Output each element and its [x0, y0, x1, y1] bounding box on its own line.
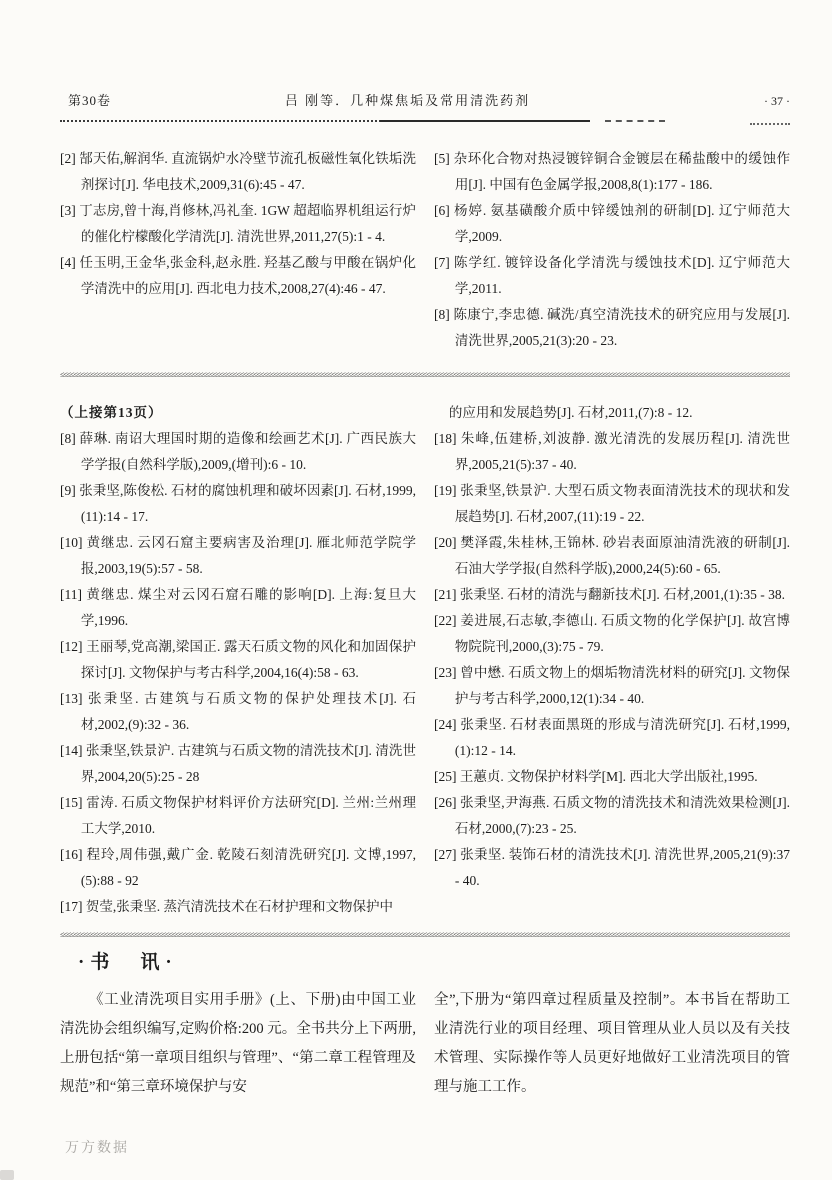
reference-item: [12] 王丽琴,党高潮,梁国正. 露天石质文物的风化和加固保护探讨[J]. 文… [60, 634, 416, 686]
top-references-section: [2] 郜天佑,解润华. 直流锅炉水冷壁节流孔板磁性氧化铁垢洗剂探讨[J]. 华… [60, 146, 790, 354]
reference-item: [6] 杨婷. 氨基磺酸介质中锌缓蚀剂的研制[D]. 辽宁师范大学,2009. [434, 198, 790, 250]
page-number: · 37 · [764, 88, 790, 114]
section-divider-top: ≤≤≤≤≤≤≤≤≤≤≤≤≤≤≤≤≤≤≤≤≤≤≤≤≤≤≤≤≤≤≤≤≤≤≤≤≤≤≤≤… [60, 370, 790, 382]
reference-item: [11] 黄继忠. 煤尘对云冈石窟石雕的影响[D]. 上海:复旦大学,1996. [60, 582, 416, 634]
book-news-left-text: 《工业清洗项目实用手册》(上、下册)由中国工业清洗协会组织编写,定购价格:200… [60, 986, 416, 1102]
reference-item: [8] 薛琳. 南诏大理国时期的造像和绘画艺术[J]. 广西民族大学学报(自然科… [60, 426, 416, 478]
scanned-page: 第30卷 吕 刚等．几种煤焦垢及常用清洗药剂 · 37 · [2] 郜天佑,解润… [0, 0, 832, 1180]
reference-item: [22] 姜进展,石志敏,李德山. 石质文物的化学保护[J]. 故宫博物院院刊,… [434, 608, 790, 660]
volume-label: 第30卷 [60, 88, 111, 114]
book-news-section: ·书 讯· 《工业清洗项目实用手册》(上、下册)由中国工业清洗协会组织编写,定购… [60, 950, 790, 1102]
reference-item: [3] 丁志房,曾十海,肖修林,冯礼奎. 1GW 超超临界机组运行炉的催化柠檬酸… [60, 198, 416, 250]
reference-item: [17] 贺莹,张秉坚. 蒸汽清洗技术在石材护理和文物保护中 [60, 894, 416, 920]
reference-item: [14] 张秉坚,铁景沪. 古建筑与石质文物的清洗技术[J]. 清洗世界,200… [60, 738, 416, 790]
header-rule-dots [750, 123, 790, 125]
header-rule [60, 116, 790, 126]
main-references-right-column: 的应用和发展趋势[J]. 石材,2011,(7):8 - 12.[18] 朱峰,… [434, 400, 790, 920]
reference-item: [19] 张秉坚,铁景沪. 大型石质文物表面清洗技术的现状和发展趋势[J]. 石… [434, 478, 790, 530]
reference-item: [18] 朱峰,伍建桥,刘波静. 激光清洗的发展历程[J]. 清洗世界,2005… [434, 426, 790, 478]
watermark: 万方数据 [65, 1136, 129, 1162]
reference-item: [25] 王蕙贞. 文物保护材料学[M]. 西北大学出版社,1995. [434, 764, 790, 790]
main-references-left-column: （上接第13页） [8] 薛琳. 南诏大理国时期的造像和绘画艺术[J]. 广西民… [60, 400, 416, 920]
top-references-left-column: [2] 郜天佑,解润华. 直流锅炉水冷壁节流孔板磁性氧化铁垢洗剂探讨[J]. 华… [60, 146, 416, 354]
main-references-left-list: [8] 薛琳. 南诏大理国时期的造像和绘画艺术[J]. 广西民族大学学报(自然科… [60, 426, 416, 920]
header-rule-dotted [60, 120, 400, 122]
reference-item: [23] 曾中懋. 石质文物上的烟垢物清洗材料的研究[J]. 文物保护与考古科学… [434, 660, 790, 712]
reference-item: [5] 杂环化合物对热浸镀锌铜合金镀层在稀盐酸中的缓蚀作用[J]. 中国有色金属… [434, 146, 790, 198]
reference-item: [26] 张秉坚,尹海燕. 石质文物的清洗技术和清洗效果检测[J]. 石材,20… [434, 790, 790, 842]
reference-item: [24] 张秉坚. 石材表面黑斑的形成与清洗研究[J]. 石材,1999,(1)… [434, 712, 790, 764]
running-title: 吕 刚等．几种煤焦垢及常用清洗药剂 [285, 88, 530, 114]
reference-item: [7] 陈学红. 镀锌设备化学清洗与缓蚀技术[D]. 辽宁师范大学,2011. [434, 250, 790, 302]
main-references-section: （上接第13页） [8] 薛琳. 南诏大理国时期的造像和绘画艺术[J]. 广西民… [60, 400, 790, 920]
reference-item: 的应用和发展趋势[J]. 石材,2011,(7):8 - 12. [434, 400, 790, 426]
reference-item: [10] 黄继忠. 云冈石窟主要病害及治理[J]. 雁北师范学院学报,2003,… [60, 530, 416, 582]
reference-item: [20] 樊泽霞,朱桂林,王锦林. 砂岩表面原油清洗液的研制[J]. 石油大学学… [434, 530, 790, 582]
book-news-columns: 《工业清洗项目实用手册》(上、下册)由中国工业清洗协会组织编写,定购价格:200… [60, 986, 790, 1102]
header-rule-dash [605, 120, 665, 122]
reference-item: [4] 任玉明,王金华,张金科,赵永胜. 羟基乙酸与甲酸在锅炉化学清洗中的应用[… [60, 250, 416, 302]
reference-item: [8] 陈康宁,李忠德. 碱洗/真空清洗技术的研究应用与发展[J]. 清洗世界,… [434, 302, 790, 354]
reference-item: [9] 张秉坚,陈俊松. 石材的腐蚀机理和破坏因素[J]. 石材,1999,(1… [60, 478, 416, 530]
section-divider-bottom: ≤≤≤≤≤≤≤≤≤≤≤≤≤≤≤≤≤≤≤≤≤≤≤≤≤≤≤≤≤≤≤≤≤≤≤≤≤≤≤≤… [60, 930, 790, 942]
reference-item: [27] 张秉坚. 装饰石材的清洗技术[J]. 清洗世界,2005,21(9):… [434, 842, 790, 894]
continuation-note: （上接第13页） [60, 400, 416, 426]
reference-item: [21] 张秉坚. 石材的清洗与翻新技术[J]. 石材,2001,(1):35 … [434, 582, 790, 608]
page-header: 第30卷 吕 刚等．几种煤焦垢及常用清洗药剂 · 37 · [60, 88, 790, 114]
reference-item: [2] 郜天佑,解润华. 直流锅炉水冷壁节流孔板磁性氧化铁垢洗剂探讨[J]. 华… [60, 146, 416, 198]
scan-artifact [0, 1170, 14, 1180]
reference-item: [16] 程玲,周伟强,戴广金. 乾陵石刻清洗研究[J]. 文博,1997,(5… [60, 842, 416, 894]
book-news-heading: ·书 讯· [78, 950, 790, 976]
top-references-right-column: [5] 杂环化合物对热浸镀锌铜合金镀层在稀盐酸中的缓蚀作用[J]. 中国有色金属… [434, 146, 790, 354]
title-underline [380, 120, 590, 122]
reference-item: [13] 张秉坚. 古建筑与石质文物的保护处理技术[J]. 石材,2002,(9… [60, 686, 416, 738]
reference-item: [15] 雷涛. 石质文物保护材料评价方法研究[D]. 兰州:兰州理工大学,20… [60, 790, 416, 842]
book-news-right-text: 全”,下册为“第四章过程质量及控制”。本书旨在帮助工业清洗行业的项目经理、项目管… [434, 986, 790, 1102]
